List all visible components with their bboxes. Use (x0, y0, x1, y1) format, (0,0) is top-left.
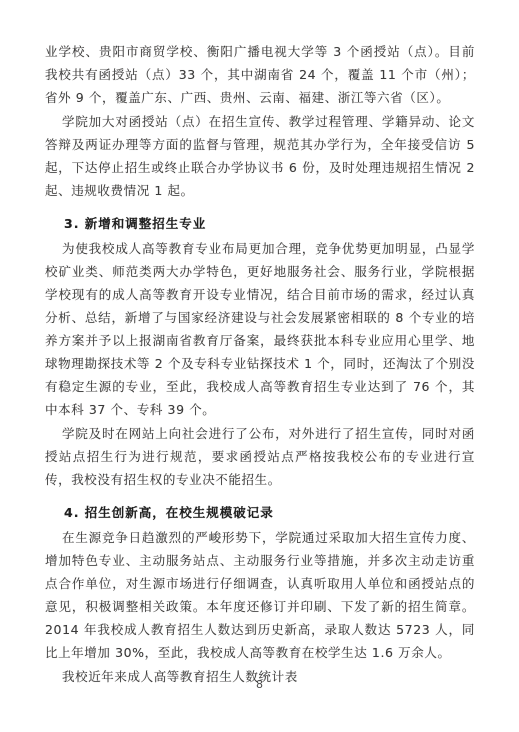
document-body: 业学校、贵阳市商贸学校、衡阳广播电视大学等 3 个函授站（点）。目前我校共有函授… (45, 40, 475, 688)
page-number: 8 (0, 678, 519, 691)
paragraph-website-publicity: 学院及时在网站上向社会进行了公布，对外进行了招生宣传，同时对函授站点招生行为进行… (45, 422, 475, 491)
document-page: 业学校、贵阳市商贸学校、衡阳广播电视大学等 3 个函授站（点）。目前我校共有函授… (0, 0, 519, 732)
heading-section-4-enrollment-record: 4. 招生创新高，在校生规模破记录 (45, 501, 475, 524)
paragraph-correspondence-stations: 业学校、贵阳市商贸学校、衡阳广播电视大学等 3 个函授站（点）。目前我校共有函授… (45, 40, 475, 109)
paragraph-major-adjustment-details: 为使我校成人高等教育专业布局更加合理，竞争优势更加明显，凸显学校矿业类、师范类两… (45, 237, 475, 421)
paragraph-enrollment-measures-and-results: 在生源竞争日趋激烈的严峻形势下，学院通过采取加大招生宣传力度、增加特色专业、主动… (45, 526, 475, 664)
heading-section-3-adjust-majors: 3. 新增和调整招生专业 (45, 212, 475, 235)
paragraph-station-supervision: 学院加大对函授站（点）在招生宣传、教学过程管理、学籍异动、论文答辩及两证办理等方… (45, 110, 475, 202)
